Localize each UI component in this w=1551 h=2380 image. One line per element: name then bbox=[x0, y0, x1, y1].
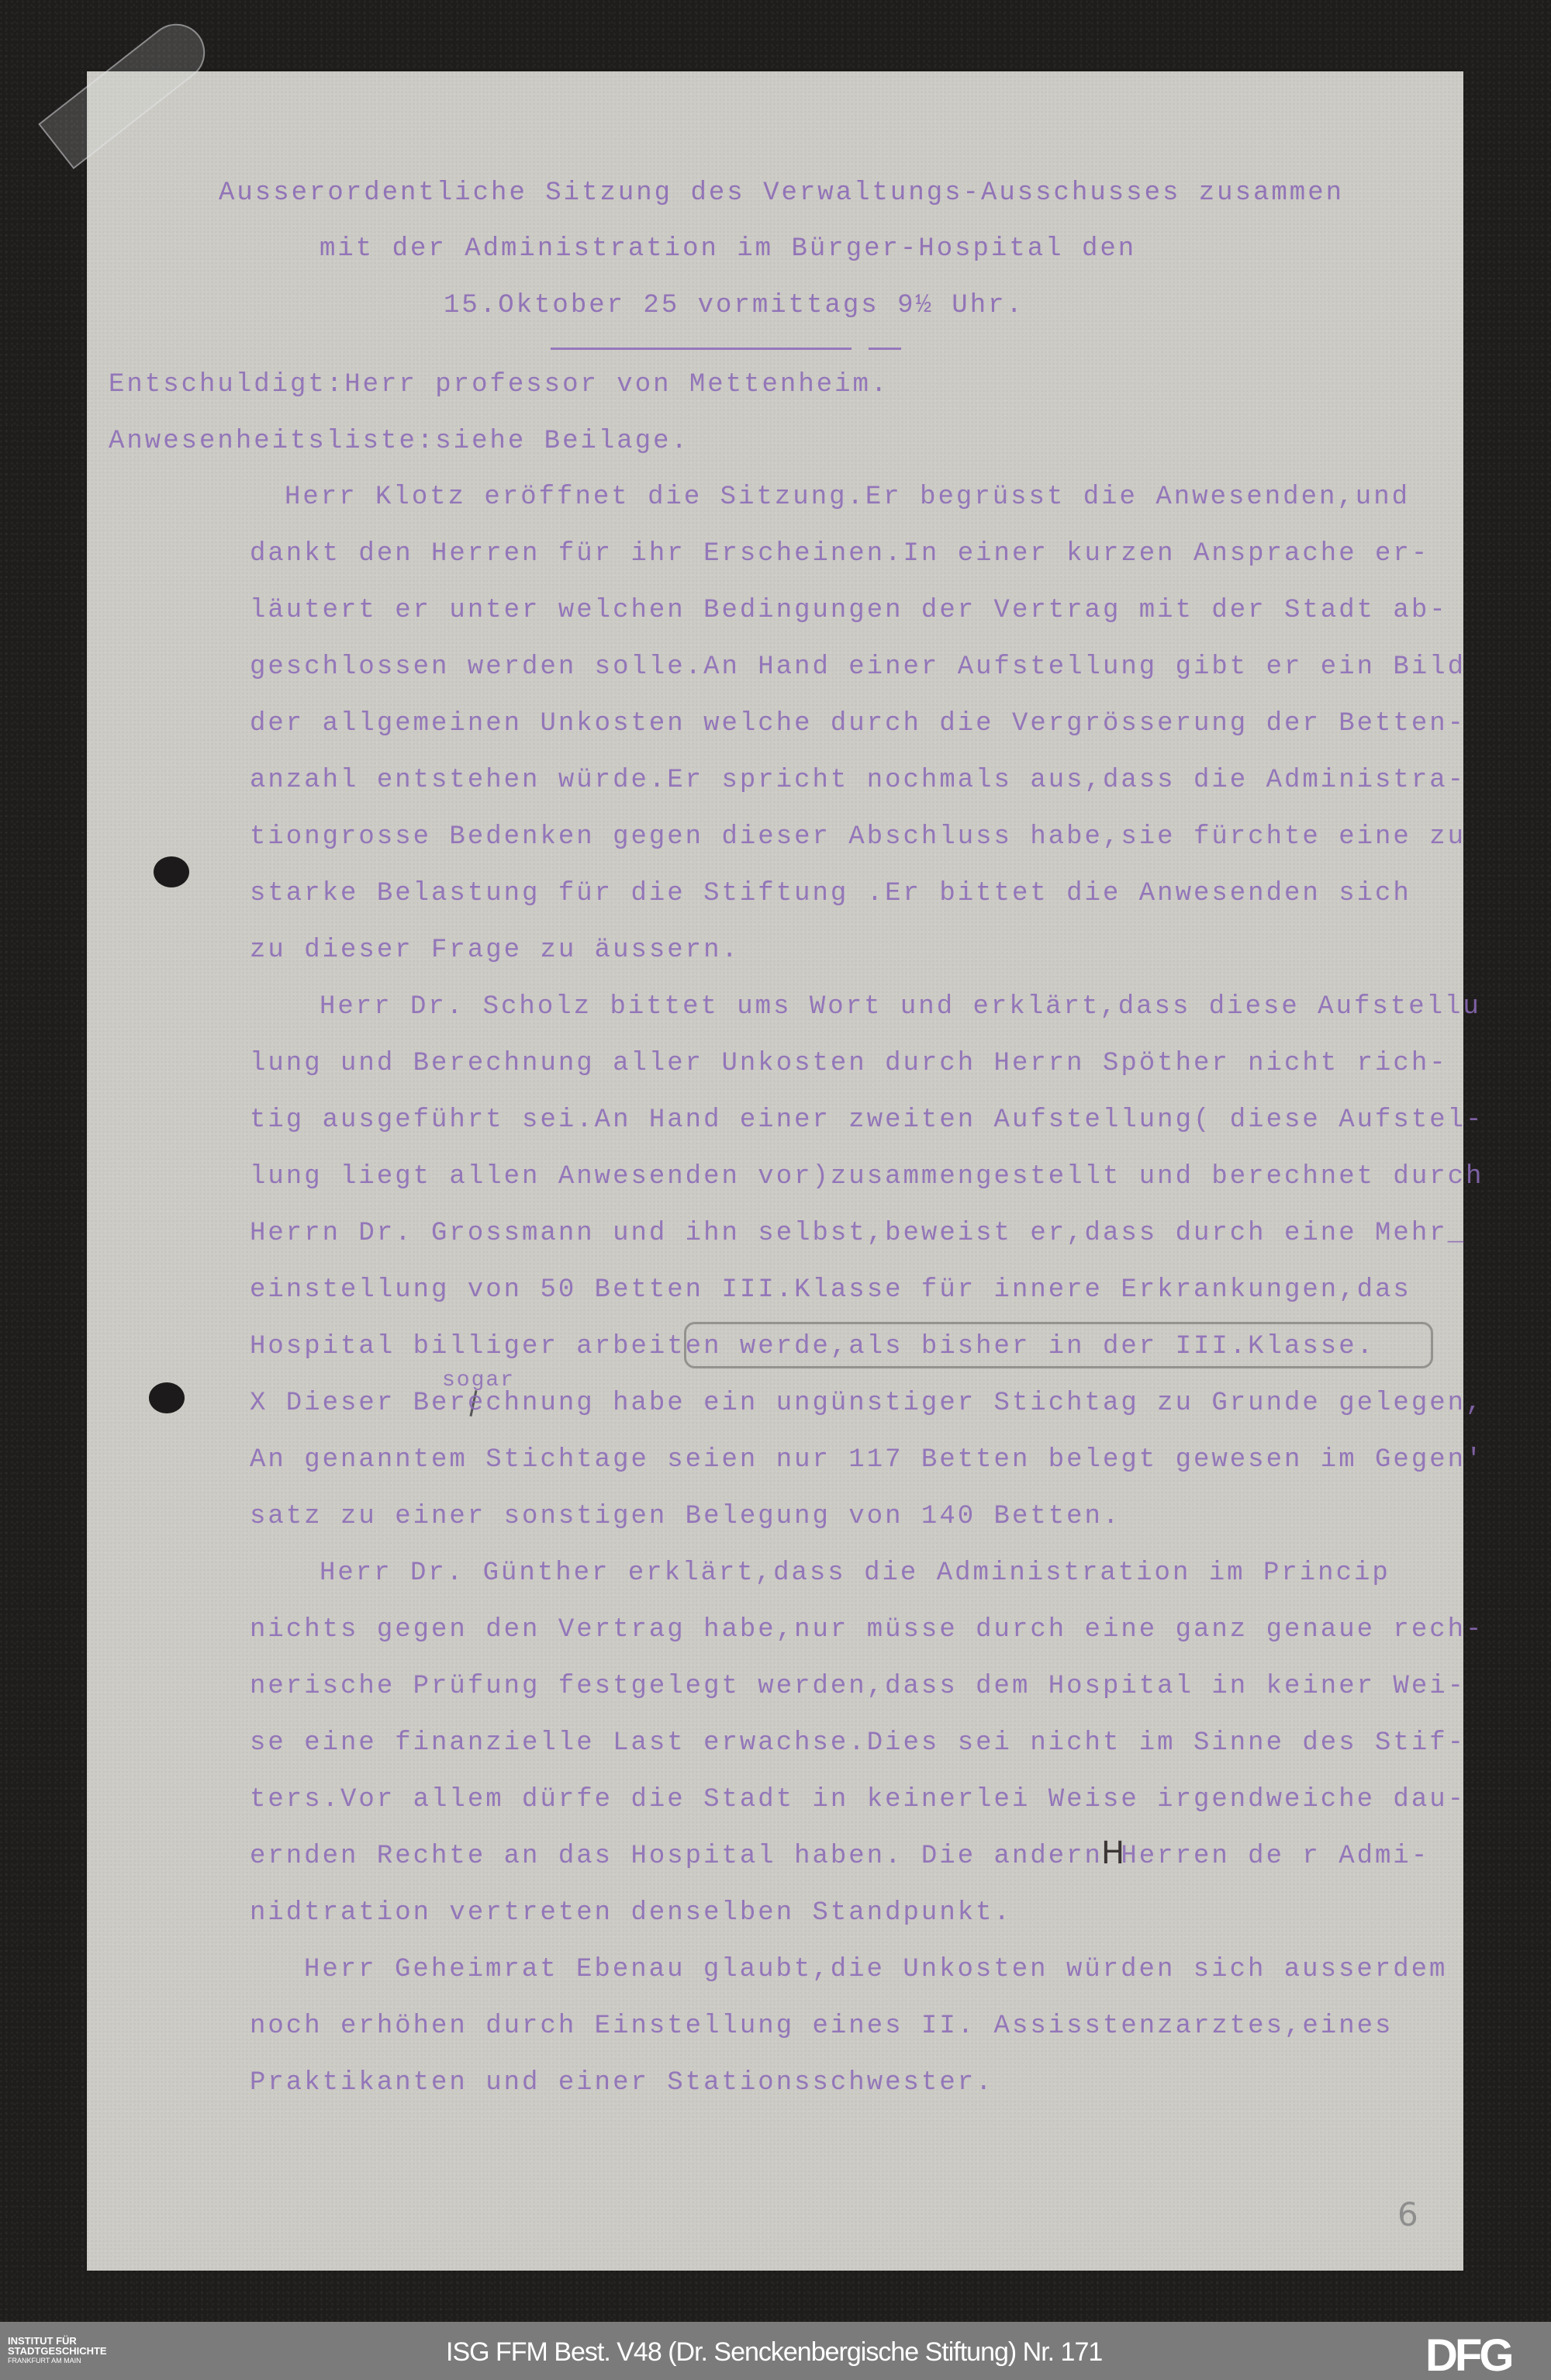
body-line: nichts gegen den Vertrag habe,nur müsse … bbox=[250, 1615, 1484, 1645]
institution-line: FRANKFURT AM MAIN bbox=[8, 2356, 107, 2366]
body-line: anzahl entstehen würde.Er spricht nochma… bbox=[250, 766, 1466, 795]
body-line: lung und Berechnung aller Unkosten durch… bbox=[250, 1049, 1448, 1078]
body-line: nidtration vertreten denselben Standpunk… bbox=[250, 1898, 1012, 1928]
body-line: Herr Dr. Scholz bittet ums Wort und erkl… bbox=[320, 992, 1481, 1022]
archive-caption: ISG FFM Best. V48 (Dr. Senckenbergische … bbox=[446, 2337, 1102, 2368]
body-line: ters.Vor allem dürfe die Stadt in keiner… bbox=[250, 1785, 1466, 1814]
archive-footer-bar: INSTITUT FÜR STADTGESCHICHTE FRANKFURT A… bbox=[0, 2322, 1551, 2380]
institution-logo: INSTITUT FÜR STADTGESCHICHTE FRANKFURT A… bbox=[8, 2336, 107, 2366]
body-line: tiongrosse Bedenken gegen dieser Abschlu… bbox=[250, 822, 1466, 852]
page-number: 6 bbox=[1397, 2195, 1418, 2233]
body-line: X Dieser Berechnung habe ein ungünstiger… bbox=[250, 1389, 1484, 1418]
handwritten-correction: H bbox=[1101, 1835, 1124, 1871]
paper-clip bbox=[38, 12, 216, 169]
body-line: ernden Rechte an das Hospital haben. Die… bbox=[250, 1842, 1429, 1871]
body-line: Herrn Dr. Grossmann und ihn selbst,bewei… bbox=[250, 1219, 1466, 1248]
body-line: der allgemeinen Unkosten welche durch di… bbox=[250, 709, 1466, 739]
body-line: läutert er unter welchen Bedingungen der… bbox=[250, 596, 1448, 625]
body-line: lung liegt allen Anwesenden vor)zusammen… bbox=[250, 1162, 1484, 1192]
body-line: starke Belastung für die Stiftung .Er bi… bbox=[250, 879, 1411, 908]
heading-line: Ausserordentliche Sitzung des Verwaltung… bbox=[219, 178, 1344, 208]
document-page: Ausserordentliche Sitzung des Verwaltung… bbox=[87, 71, 1463, 2271]
body-line: se eine finanzielle Last erwachse.Dies s… bbox=[250, 1728, 1466, 1758]
punch-hole bbox=[149, 1382, 185, 1413]
body-line: tig ausgeführt sei.An Hand einer zweiten… bbox=[250, 1105, 1484, 1135]
heading-underline bbox=[869, 348, 901, 350]
body-line: An genanntem Stichtage seien nur 117 Bet… bbox=[250, 1445, 1484, 1475]
body-line: Herr Dr. Günther erklärt,dass die Admini… bbox=[320, 1558, 1390, 1588]
institution-line: STADTGESCHICHTE bbox=[8, 2346, 107, 2356]
punch-hole bbox=[154, 856, 189, 887]
body-line: satz zu einer sonstigen Belegung von 140… bbox=[250, 1502, 1121, 1531]
body-line: noch erhöhen durch Einstellung eines II.… bbox=[250, 2012, 1393, 2041]
body-line: Herr Geheimrat Ebenau glaubt,die Unkoste… bbox=[304, 1955, 1447, 1984]
body-line: nerische Prüfung festgelegt werden,dass … bbox=[250, 1672, 1466, 1701]
excused-line: Entschuldigt:Herr professor von Mettenhe… bbox=[109, 370, 889, 400]
body-line: dankt den Herren für ihr Erscheinen.In e… bbox=[250, 539, 1429, 569]
body-line: geschlossen werden solle.An Hand einer A… bbox=[250, 652, 1466, 682]
pencil-bracket-annotation bbox=[684, 1322, 1433, 1368]
body-line: Praktikanten und einer Stationsschwester… bbox=[250, 2068, 994, 2098]
body-line: einstellung von 50 Betten III.Klasse für… bbox=[250, 1275, 1411, 1305]
heading-line: mit der Administration im Bürger-Hospita… bbox=[320, 234, 1136, 264]
body-line: Herr Klotz eröffnet die Sitzung.Er begrü… bbox=[285, 483, 1410, 512]
heading-underline bbox=[551, 348, 851, 350]
attendance-line: Anwesenheitsliste:siehe Beilage. bbox=[109, 427, 689, 456]
body-line: zu dieser Frage zu äussern. bbox=[250, 936, 740, 965]
heading-line: 15.Oktober 25 vormittags 9½ Uhr. bbox=[444, 291, 1024, 320]
dfg-logo: DFG bbox=[1425, 2330, 1511, 2380]
